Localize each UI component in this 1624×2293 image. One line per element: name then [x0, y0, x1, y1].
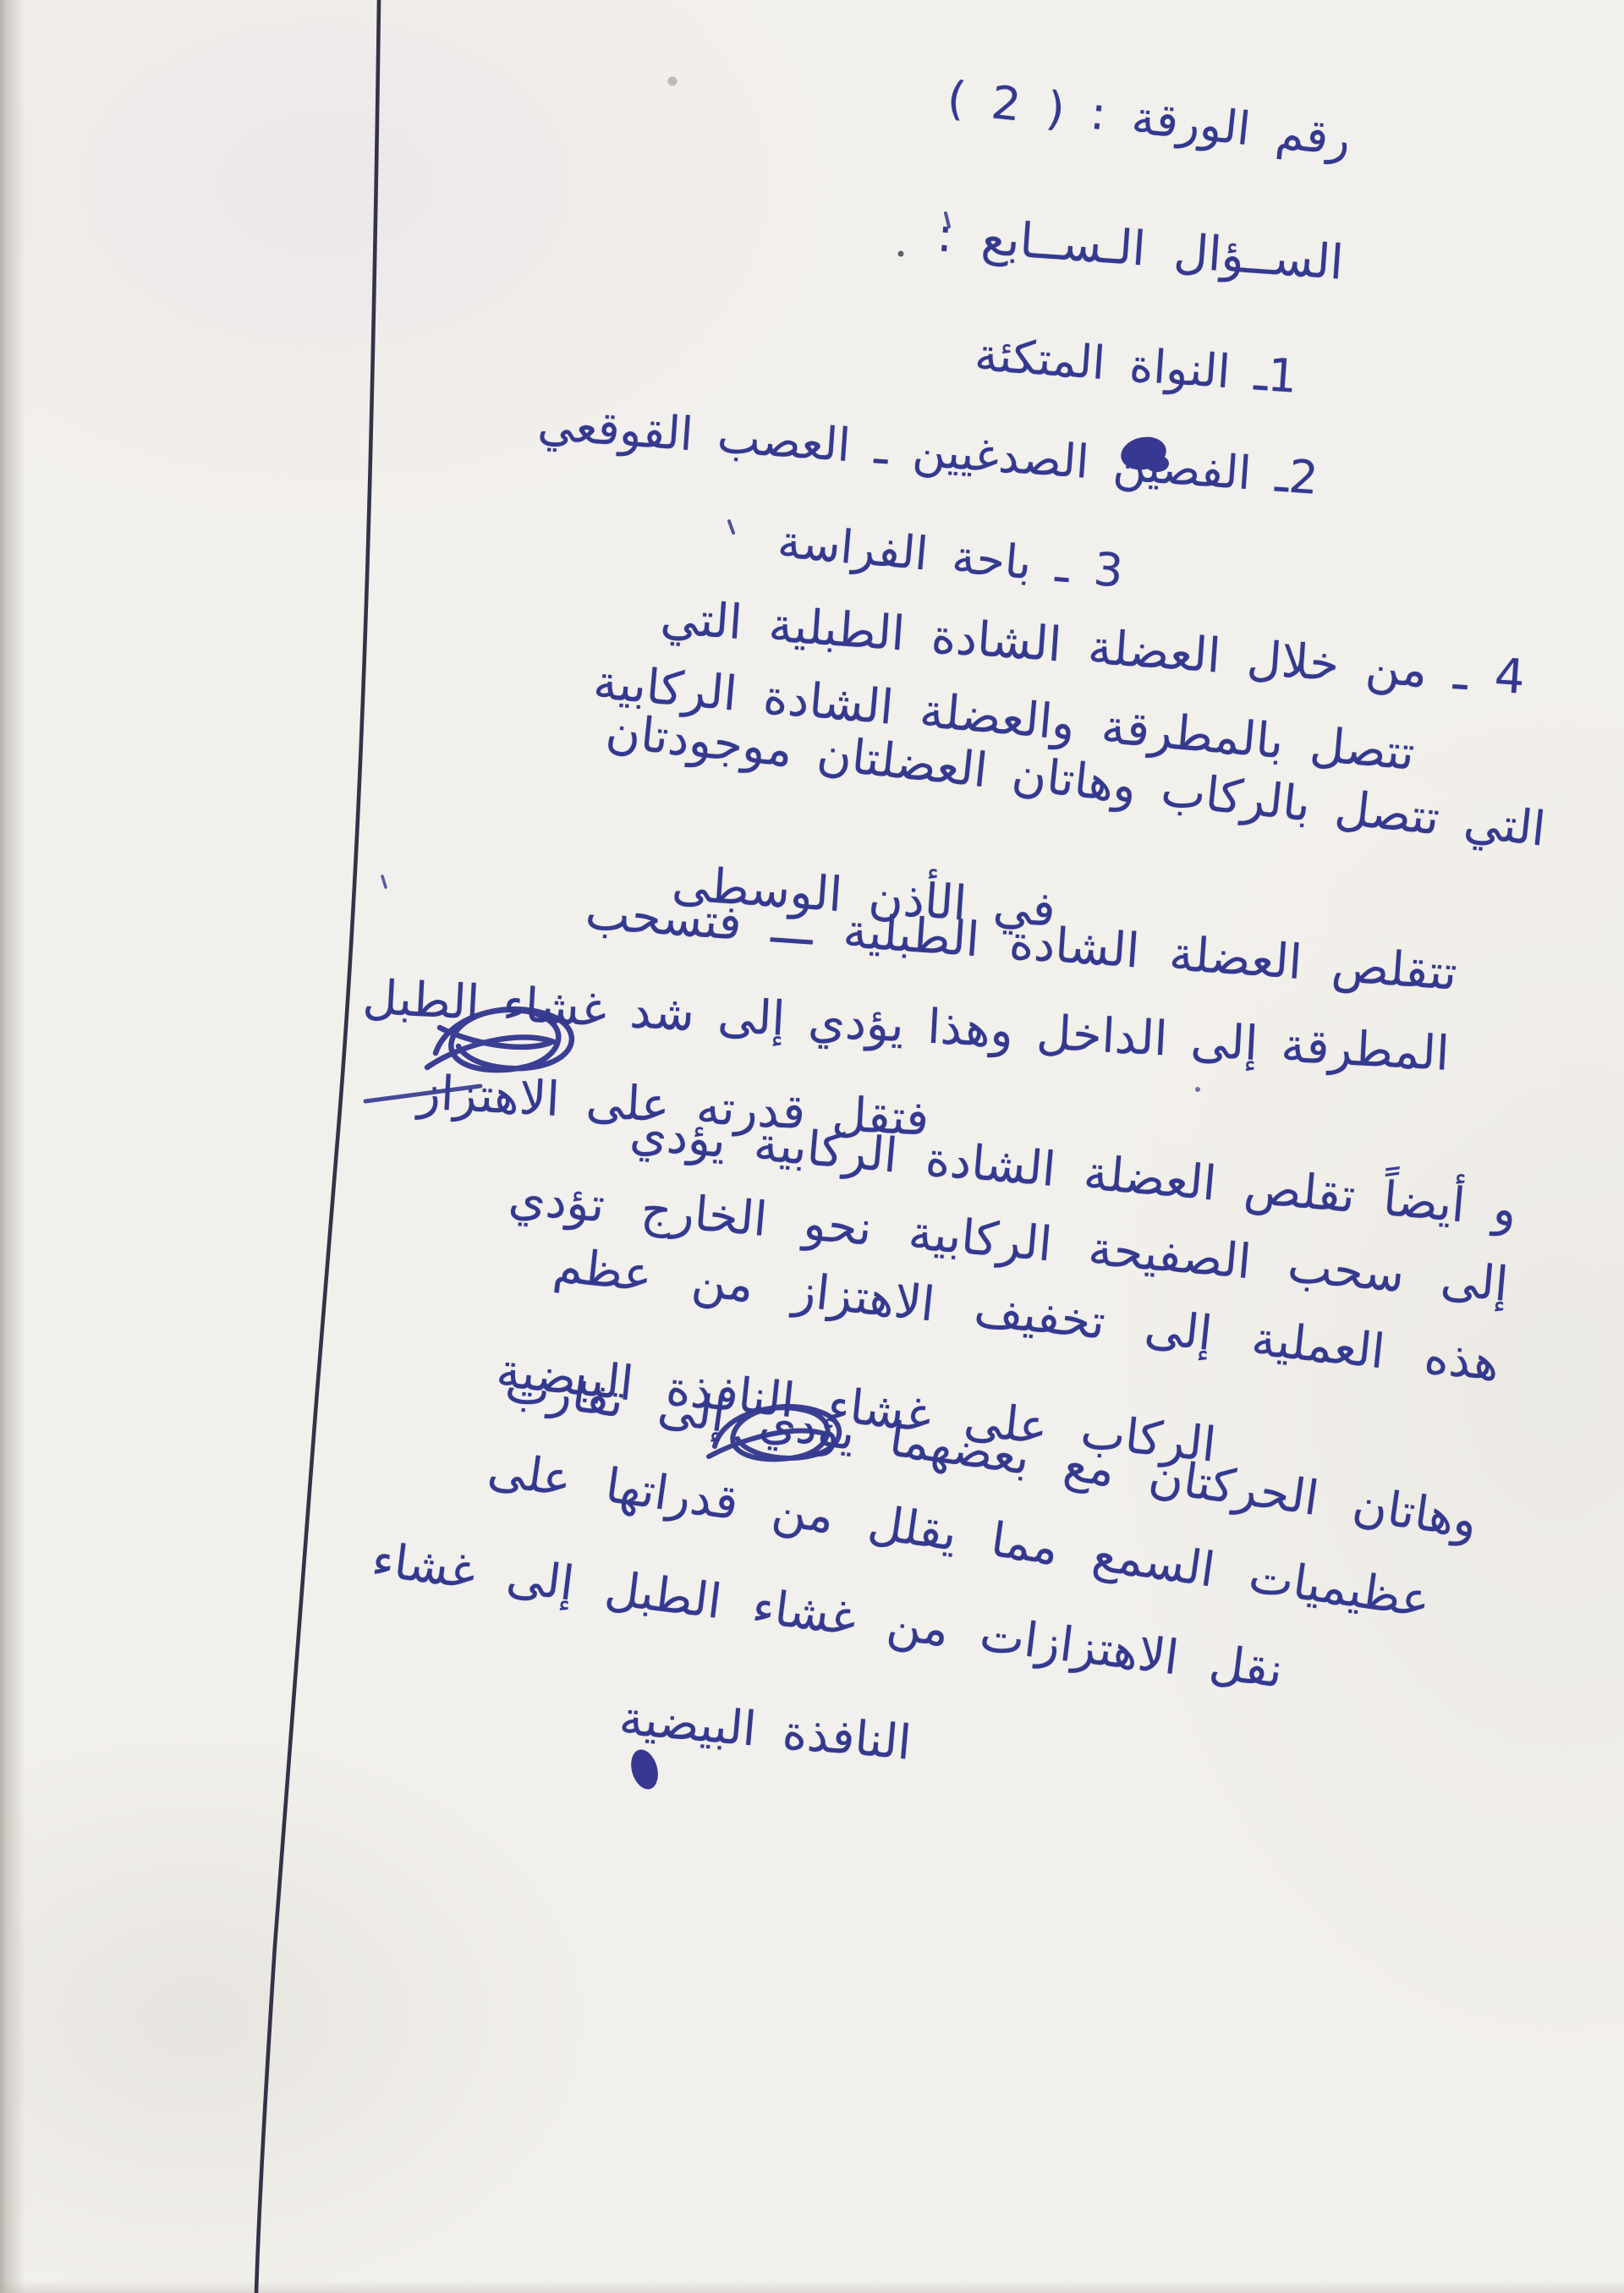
paper-speck: [668, 77, 678, 86]
margin-fold-line: [256, 0, 379, 2293]
ink-tick: [729, 521, 733, 533]
ink-tick: [382, 876, 386, 887]
ink-speck: [1195, 1087, 1200, 1092]
scanned-document-page: رقم الورقة : ( 2 )الســؤال الـســابع :1ـ…: [0, 0, 1624, 2293]
ink-blot: [627, 1747, 662, 1792]
ink-speck: [898, 251, 904, 257]
